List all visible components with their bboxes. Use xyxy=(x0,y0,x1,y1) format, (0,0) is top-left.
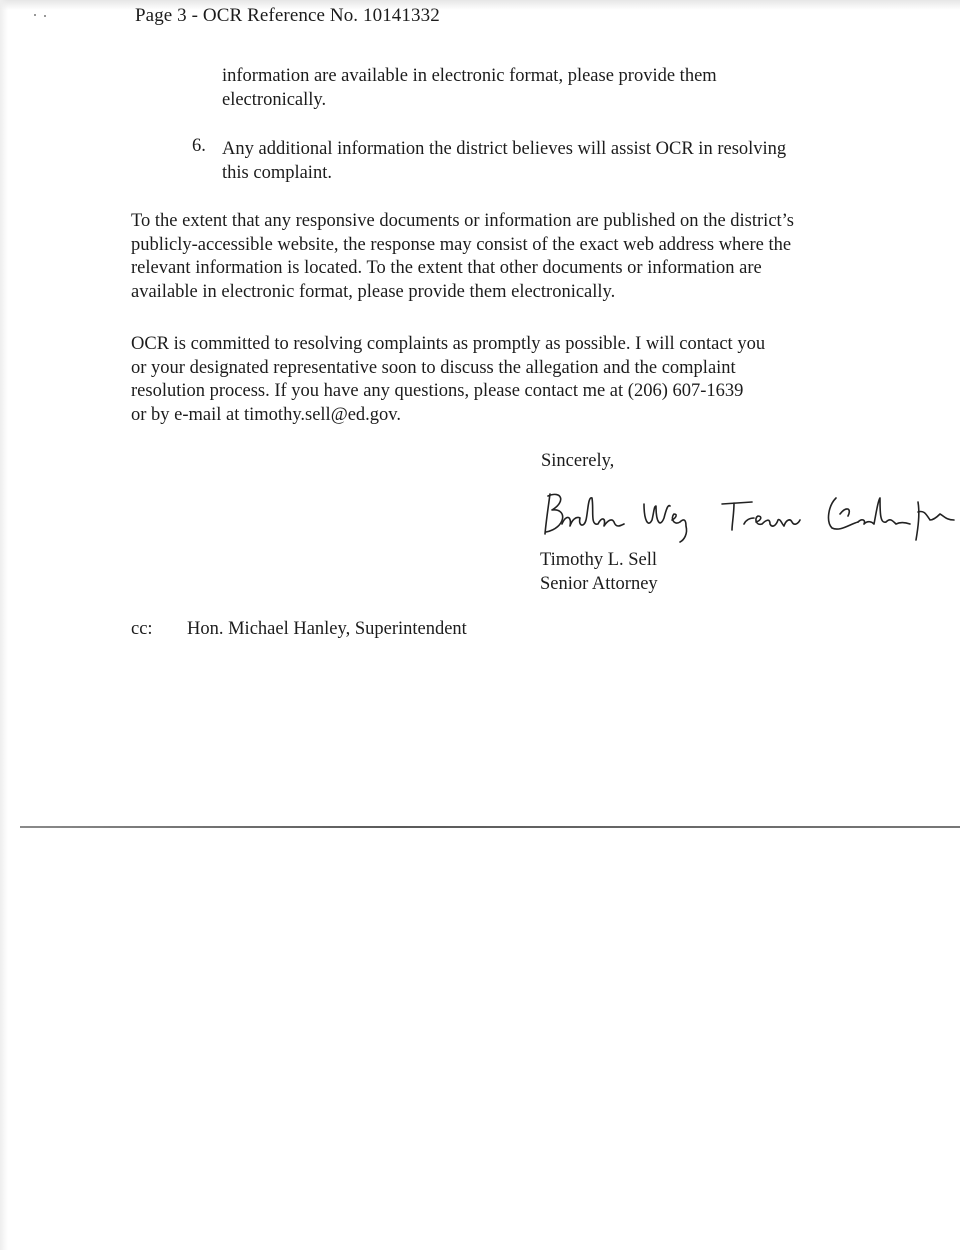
text-line: To the extent that any responsive docume… xyxy=(131,210,794,234)
text-line: or by e-mail at timothy.sell@ed.gov. xyxy=(131,404,765,428)
text-line: OCR is committed to resolving complaints… xyxy=(131,333,765,357)
text-line: relevant information is located. To the … xyxy=(131,257,794,281)
horizontal-rule xyxy=(20,826,960,828)
cc-recipient: Hon. Michael Hanley, Superintendent xyxy=(187,619,467,640)
website-paragraph: To the extent that any responsive docume… xyxy=(131,210,794,304)
list-item-number: 6. xyxy=(192,136,206,157)
signer-name: Timothy L. Sell xyxy=(540,548,658,572)
closing: Sincerely, xyxy=(541,451,614,472)
text-line: electronically. xyxy=(222,89,717,113)
text-line: publicly-accessible website, the respons… xyxy=(131,234,794,258)
text-line: available in electronic format, please p… xyxy=(131,281,794,305)
contact-paragraph: OCR is committed to resolving complaints… xyxy=(131,333,765,427)
page-header: Page 3 - OCR Reference No. 10141332 xyxy=(135,5,440,27)
cc-label: cc: xyxy=(131,619,153,640)
text-line: resolution process. If you have any ques… xyxy=(131,380,765,404)
text-line: Any additional information the district … xyxy=(222,138,786,162)
scan-speck xyxy=(44,15,46,17)
scan-edge xyxy=(0,0,8,1250)
text-line: information are available in electronic … xyxy=(222,65,717,89)
handwritten-signature xyxy=(540,484,960,544)
signer-block: Timothy L. Sell Senior Attorney xyxy=(540,548,658,596)
text-line: or your designated representative soon t… xyxy=(131,357,765,381)
text-line: this complaint. xyxy=(222,162,786,186)
continuation-paragraph: information are available in electronic … xyxy=(222,65,717,112)
list-item: Any additional information the district … xyxy=(222,138,786,185)
scan-speck xyxy=(34,14,36,16)
signer-title: Senior Attorney xyxy=(540,572,658,596)
